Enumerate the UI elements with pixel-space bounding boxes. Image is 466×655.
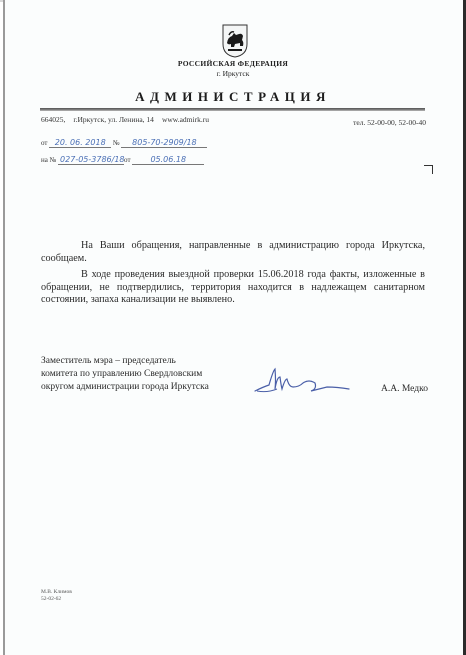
signatory-position: Заместитель мэра – председатель комитета…: [41, 355, 209, 394]
organization-title: АДМИНИСТРАЦИЯ: [0, 89, 466, 105]
executor-name: М.В. Климов: [41, 589, 72, 596]
handwritten-signature: [253, 365, 353, 397]
outgoing-date: 20. 06. 2018: [49, 138, 111, 148]
position-line-3: округом администрации города Иркутска: [41, 381, 209, 394]
executor-phone: 52-02-62: [41, 596, 72, 603]
phone-numbers: тел. 52-00-00, 52-00-40: [353, 118, 426, 127]
from-label: от: [41, 139, 47, 147]
position-line-2: комитета по управлению Свердловским: [41, 368, 209, 381]
position-line-1: Заместитель мэра – председатель: [41, 355, 209, 368]
body-paragraph-2: В ходе проведения выездной проверки 15.0…: [41, 269, 425, 307]
incoming-reference: на № 027-05-3786/18от 05.06.18: [41, 155, 204, 165]
website-link[interactable]: www.admirk.ru: [162, 115, 209, 124]
outgoing-reference: от 20. 06. 2018 № 805-70-2909/18: [41, 138, 207, 148]
address-corner-mark: [424, 165, 433, 174]
letterhead-divider: [40, 108, 425, 111]
executor-info: М.В. Климов 52-02-62: [41, 589, 72, 603]
outgoing-number: 805-70-2909/18: [121, 138, 207, 148]
reply-date-label: от: [124, 156, 130, 164]
number-label: №: [113, 139, 120, 147]
federation-heading: РОССИЙСКАЯ ФЕДЕРАЦИЯ: [0, 59, 466, 68]
address-line: 664025,г.Иркутск, ул. Ленина, 14www.admi…: [41, 115, 217, 124]
reply-date: 05.06.18: [132, 155, 204, 165]
reply-to-number: 027-05-3786/18: [58, 155, 124, 165]
irkutsk-coat-of-arms-icon: [222, 24, 248, 58]
city-heading: г. Иркутск: [0, 69, 466, 78]
postcode: 664025,: [41, 115, 65, 124]
signer-name: А.А. Медко: [381, 384, 428, 394]
street-address: г.Иркутск, ул. Ленина, 14: [73, 115, 154, 124]
reply-to-label: на №: [41, 156, 56, 164]
body-paragraph-1: На Ваши обращения, направленные в админи…: [41, 240, 425, 265]
